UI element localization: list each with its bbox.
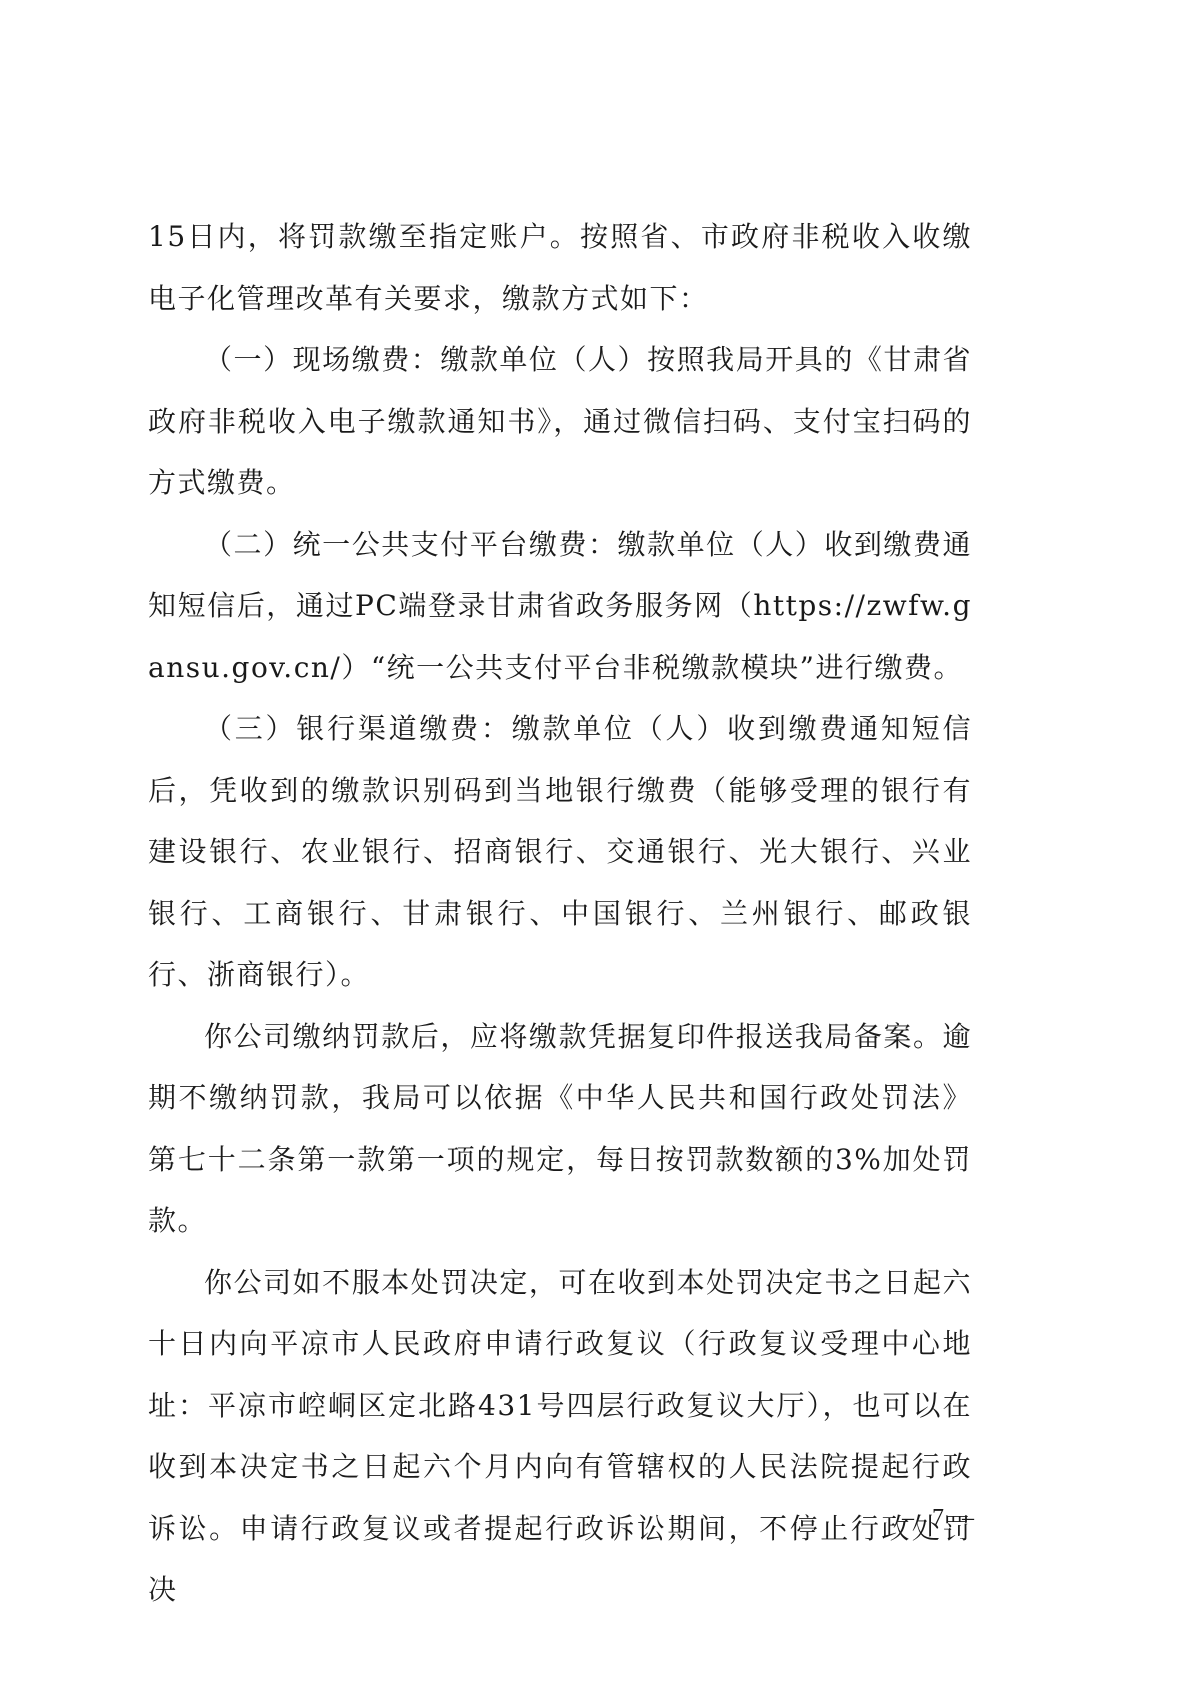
page-number: – 7 – bbox=[890, 1505, 980, 1532]
paragraph-onsite-payment: （一）现场缴费：缴款单位（人）按照我局开具的《甘肃省政府非税收入电子缴款通知书》… bbox=[148, 329, 972, 514]
paragraph-late-penalty: 你公司缴纳罚款后，应将缴款凭据复印件报送我局备案。逾期不缴纳罚款，我局可以依据《… bbox=[148, 1006, 972, 1252]
document-page: 15日内，将罚款缴至指定账户。按照省、市政府非税收入收缴电子化管理改革有关要求，… bbox=[0, 0, 1200, 1696]
paragraph-online-platform-payment: （二）统一公共支付平台缴费：缴款单位（人）收到缴费通知短信后，通过PC端登录甘肃… bbox=[148, 514, 972, 699]
paragraph-appeal-rights: 你公司如不服本处罚决定，可在收到本处罚决定书之日起六十日内向平凉市人民政府申请行… bbox=[148, 1252, 972, 1621]
paragraph-bank-channel-payment: （三）银行渠道缴费：缴款单位（人）收到缴费通知短信后，凭收到的缴款识别码到当地银… bbox=[148, 698, 972, 1006]
paragraph-payment-deadline: 15日内，将罚款缴至指定账户。按照省、市政府非税收入收缴电子化管理改革有关要求，… bbox=[148, 206, 972, 329]
document-body: 15日内，将罚款缴至指定账户。按照省、市政府非税收入收缴电子化管理改革有关要求，… bbox=[148, 206, 972, 1621]
